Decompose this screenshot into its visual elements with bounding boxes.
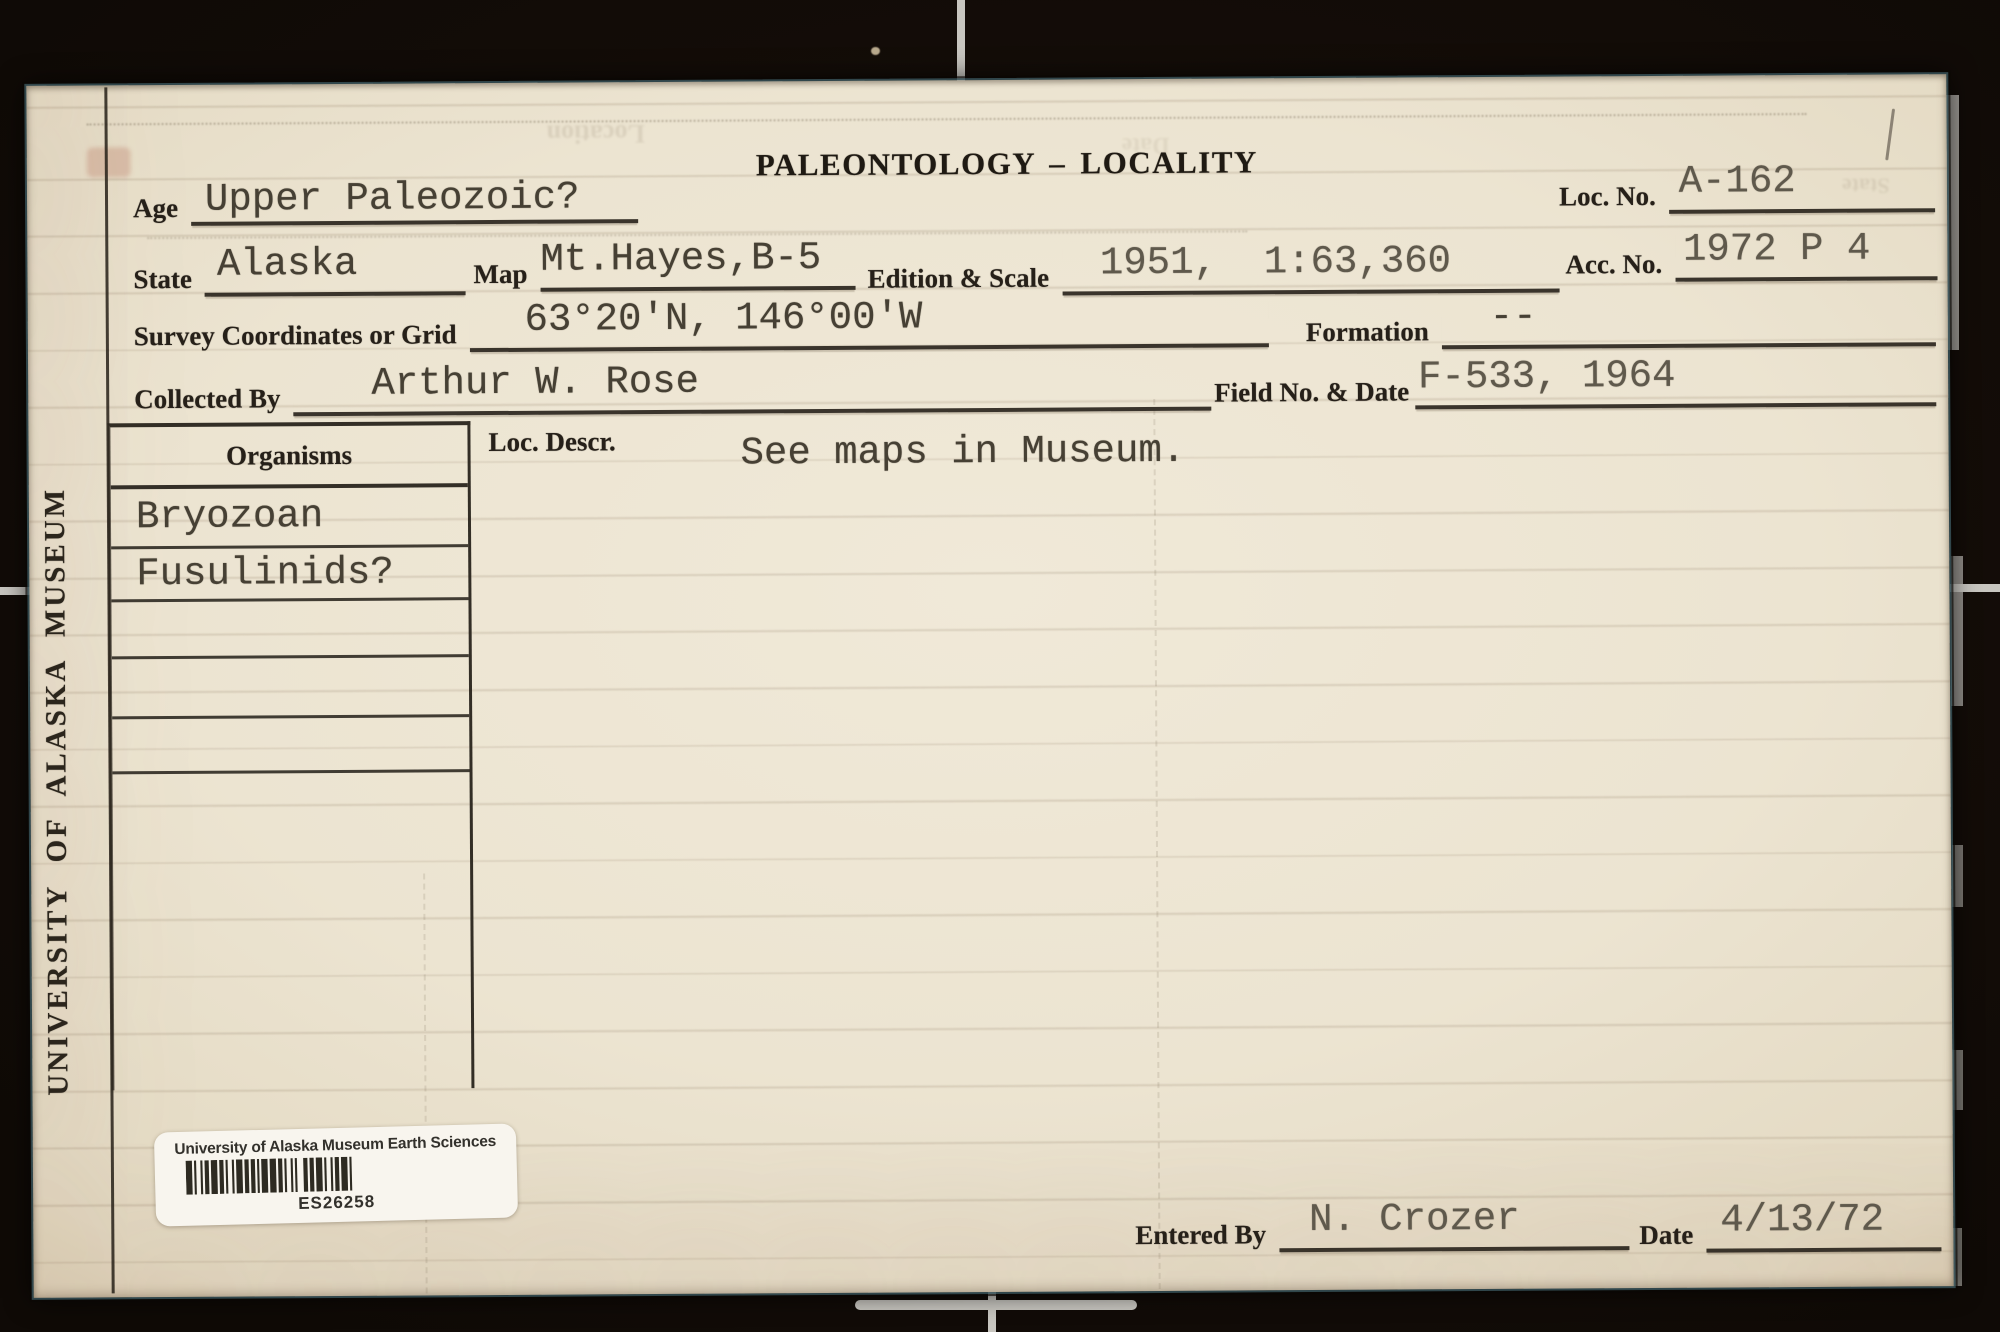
formation-underline: -- xyxy=(1442,296,1936,349)
field-state: State Alaska xyxy=(133,249,465,297)
stand-edge-strip xyxy=(1952,1050,1963,1110)
acc-no-label: Acc. No. xyxy=(1565,249,1662,283)
age-underline: Upper Paleozoic? xyxy=(191,173,638,226)
stand-edge-strip xyxy=(1946,95,1959,350)
field-age: Age Upper Paleozoic? xyxy=(133,177,638,226)
organism-value: Fusulinids? xyxy=(136,553,394,594)
organisms-table: Organisms Bryozoan Fusulinids? xyxy=(107,421,474,1090)
formation-label: Formation xyxy=(1306,316,1429,350)
collected-by-label: Collected By xyxy=(134,383,280,417)
acc-no-underline: 1972 P 4 xyxy=(1675,230,1938,282)
entered-by-label: Entered By xyxy=(1135,1219,1266,1253)
field-no-date-label: Field No. & Date xyxy=(1214,376,1409,410)
loc-no-label: Loc. No. xyxy=(1559,181,1656,215)
age-label: Age xyxy=(133,193,178,226)
field-acc-no: Acc. No. 1972 P 4 xyxy=(1565,234,1937,282)
map-value: Mt.Hayes,B-5 xyxy=(540,236,821,282)
edition-scale-label: Edition & Scale xyxy=(867,263,1049,297)
organism-row: Fusulinids? xyxy=(111,547,468,602)
field-map: Map Mt.Hayes,B-5 xyxy=(473,244,855,292)
ghost-text-location: Location xyxy=(547,118,645,149)
registration-mark-left xyxy=(0,587,32,595)
barcode-sticker: University of Alaska Museum Earth Scienc… xyxy=(154,1123,518,1226)
field-no-date-value: F-533, 1964 xyxy=(1415,354,1676,400)
survey-coordinates-label: Survey Coordinates or Grid xyxy=(134,319,457,354)
collected-by-underline: Arthur W. Rose xyxy=(293,361,1211,417)
photo-background: Location Date State UNIVERSITY OF ALASKA… xyxy=(0,0,2000,1332)
loc-no-underline: A-162 xyxy=(1669,162,1936,214)
bleed-vertical-line xyxy=(1153,399,1160,1289)
organism-value: Bryozoan xyxy=(136,497,323,537)
map-label: Map xyxy=(473,259,527,292)
survey-coordinates-value: 63°20'N, 146°00'W xyxy=(469,295,922,342)
state-underline: Alaska xyxy=(205,245,466,297)
formation-value: -- xyxy=(1442,295,1537,340)
entered-by-underline: N. Crozer xyxy=(1279,1200,1630,1252)
loc-descr-value: See maps in Museum. xyxy=(740,429,1185,476)
locality-card: Location Date State UNIVERSITY OF ALASKA… xyxy=(26,74,1953,1298)
organism-row-empty xyxy=(112,657,469,719)
barcode-code: ES26258 xyxy=(298,1192,375,1214)
field-entered-date: Date 4/13/72 xyxy=(1639,1205,1941,1253)
stand-edge-strip xyxy=(1951,556,1963,706)
collected-by-value: Arthur W. Rose xyxy=(293,360,699,406)
field-collected-by: Collected By Arthur W. Rose xyxy=(134,365,1211,418)
entered-date-label: Date xyxy=(1639,1220,1693,1253)
field-edition-scale: Edition & Scale 1951, 1:63,360 xyxy=(867,247,1559,297)
age-value: Upper Paleozoic? xyxy=(191,175,580,221)
field-loc-no: Loc. No. A-162 xyxy=(1559,166,1935,214)
map-underline: Mt.Hayes,B-5 xyxy=(540,240,855,292)
field-entered-by: Entered By N. Crozer xyxy=(1135,1204,1629,1253)
state-label: State xyxy=(133,264,192,297)
loc-descr-label: Loc. Descr. xyxy=(488,426,615,458)
organism-row: Bryozoan xyxy=(111,487,468,549)
edition-scale-underline: 1951, 1:63,360 xyxy=(1062,243,1560,296)
entered-by-value: N. Crozer xyxy=(1279,1197,1520,1242)
acc-no-value: 1972 P 4 xyxy=(1675,227,1870,272)
dust-speck xyxy=(871,47,880,55)
field-no-date-underline: F-533, 1964 xyxy=(1415,356,1936,409)
field-field-no-date: Field No. & Date F-533, 1964 xyxy=(1214,360,1936,410)
organism-row-empty xyxy=(112,717,469,774)
entered-date-value: 4/13/72 xyxy=(1706,1198,1884,1243)
loc-descr-text: See maps in Museum. xyxy=(740,429,1185,476)
bleed-smudge xyxy=(87,113,1807,126)
field-survey-coordinates: Survey Coordinates or Grid 63°20'N, 146°… xyxy=(134,301,1269,354)
state-value: Alaska xyxy=(205,242,358,287)
edition-scale-value: 1951, 1:63,360 xyxy=(1062,239,1451,285)
registration-mark-top xyxy=(957,0,965,90)
stand-edge-strip xyxy=(1952,845,1963,907)
barcode xyxy=(186,1153,487,1195)
institution-vertical-text: UNIVERSITY OF ALASKA MUSEUM xyxy=(37,244,90,1096)
organisms-header: Organisms xyxy=(110,425,467,489)
organism-row-empty xyxy=(111,600,468,659)
survey-coordinates-underline: 63°20'N, 146°00'W xyxy=(469,297,1269,352)
entered-date-underline: 4/13/72 xyxy=(1706,1201,1941,1252)
registration-mark-bottom-horizontal xyxy=(855,1300,1137,1310)
field-formation: Formation -- xyxy=(1306,300,1936,350)
loc-no-value: A-162 xyxy=(1669,159,1796,204)
